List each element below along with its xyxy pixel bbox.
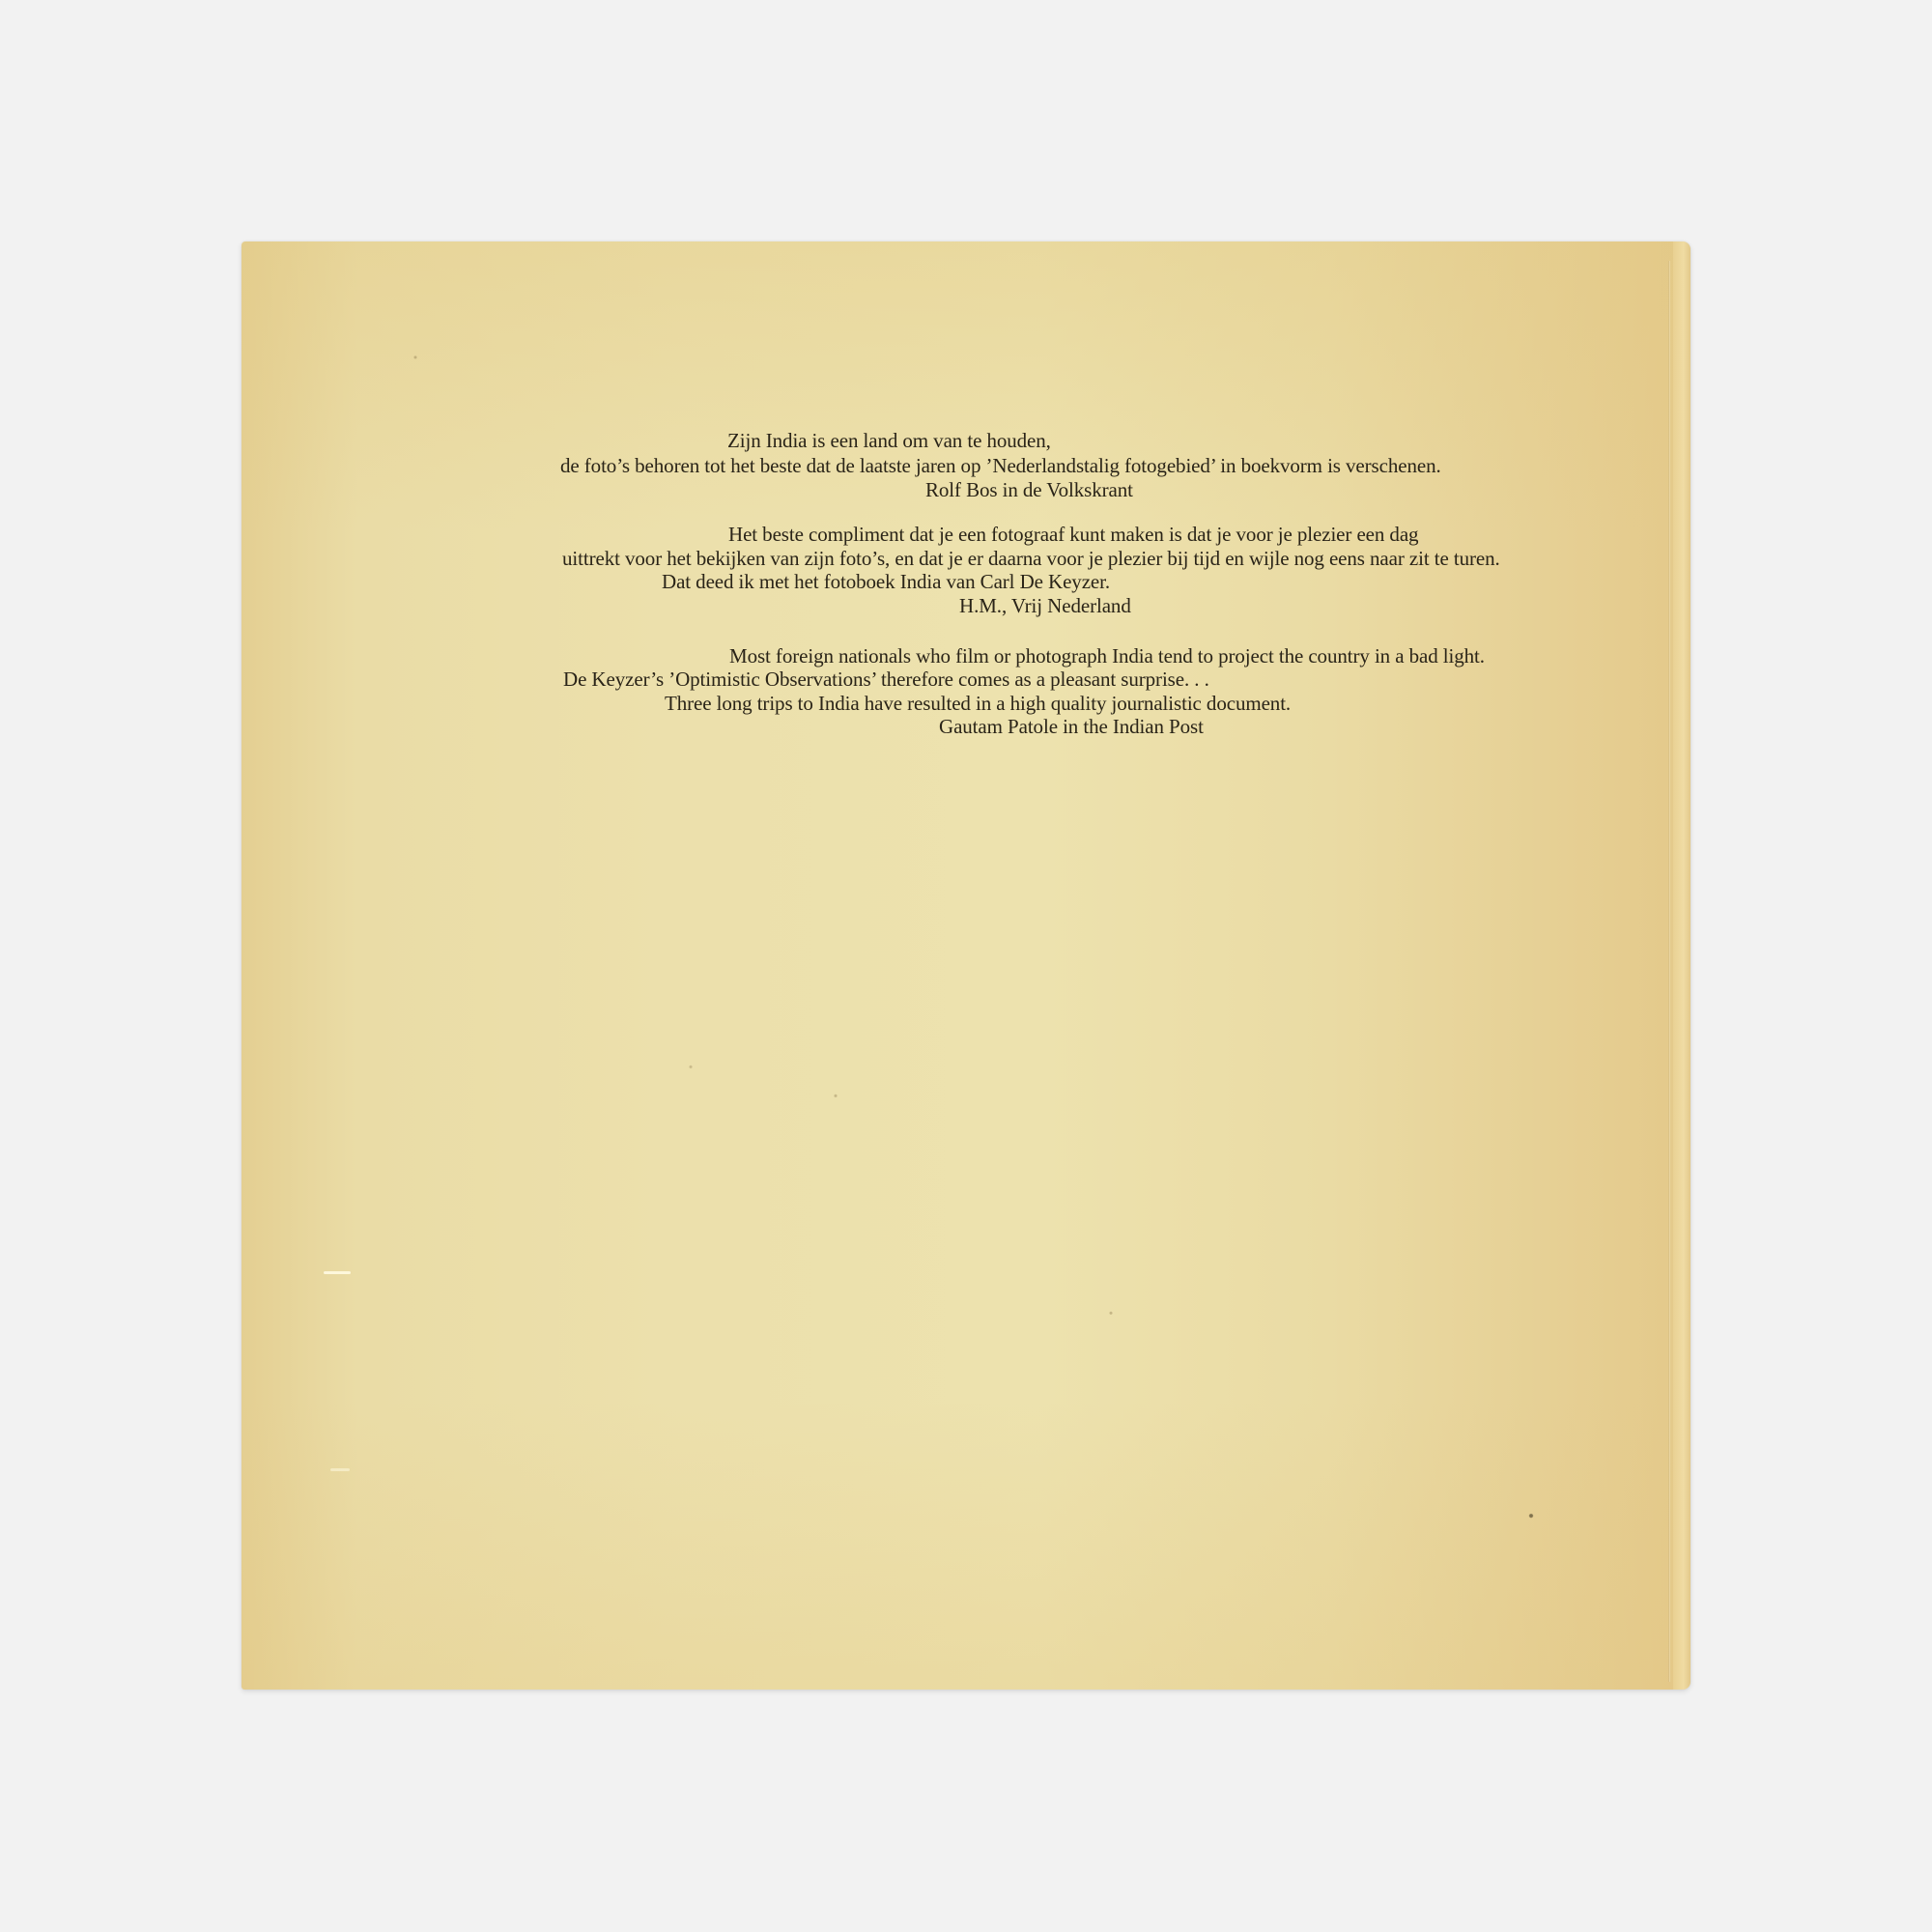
- spine-fold-line: [1668, 261, 1670, 1682]
- quote-attribution: Gautam Patole in the Indian Post: [939, 715, 1204, 739]
- quote-attribution: H.M., Vrij Nederland: [959, 594, 1131, 618]
- quote-line: Dat deed ik met het fotoboek India van C…: [662, 570, 1110, 594]
- quote-line: Het beste compliment dat je een fotograa…: [728, 523, 1418, 547]
- book-back-cover: Zijn India is een land om van te houden,…: [241, 241, 1690, 1690]
- quote-attribution: Rolf Bos in de Volkskrant: [925, 478, 1133, 502]
- quote-line: Most foreign nationals who film or photo…: [729, 644, 1485, 668]
- cover-scuff-mark: [330, 1468, 350, 1471]
- quote-line: uittrekt voor het bekijken van zijn foto…: [562, 547, 1500, 571]
- spine-edge: [1673, 241, 1690, 1690]
- photo-backdrop: Zijn India is een land om van te houden,…: [0, 0, 1932, 1932]
- quote-line: De Keyzer’s ’Optimistic Observations’ th…: [563, 668, 1209, 692]
- cover-scuff-mark: [324, 1271, 351, 1274]
- quote-line: Three long trips to India have resulted …: [665, 692, 1291, 716]
- quote-line: de foto’s behoren tot het beste dat de l…: [560, 454, 1441, 478]
- quote-line: Zijn India is een land om van te houden,: [727, 429, 1051, 453]
